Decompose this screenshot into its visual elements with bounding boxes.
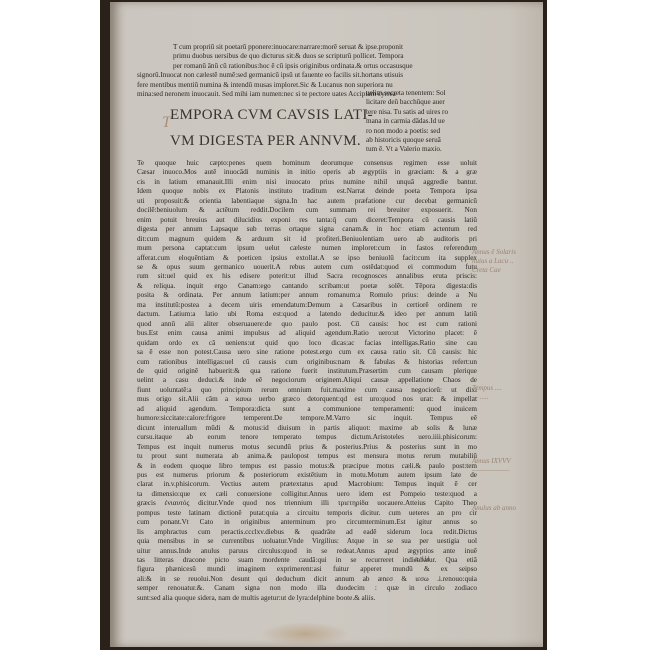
body-line: semper renouatur.&. Canam signa non modo…: [137, 584, 477, 593]
annotation-line: Anulus ab anno: [472, 504, 516, 513]
heading-line-1: EMPORA CVM CAVSIS LATI-: [170, 102, 370, 128]
body-line: clarat in.v.phisicorum. Vectius autem pr…: [137, 480, 477, 489]
body-line: uti proposuit:& orientia labentiaque sig…: [137, 197, 477, 206]
body-line: & in eodem quoque libro tempus est passi…: [137, 462, 477, 471]
margin-annotation: Anulus ab anno: [472, 504, 516, 513]
body-line: ma institutū:postea a decem uiris emenda…: [137, 301, 477, 310]
body-line: ta dimensio:que ex cæli conuersione coll…: [137, 490, 477, 499]
heading-line-2: VM DIGESTA PER ANNVM.: [170, 128, 370, 154]
annotation-line: — .....: [472, 393, 502, 402]
body-line: fiunt uoluntatē:a quo principium rerum o…: [137, 386, 477, 395]
body-line: humore:siccitate:calore:frigore temperen…: [137, 414, 477, 423]
body-line: Idem quoque nobis ex Platonis instituto …: [137, 187, 477, 196]
body-line: figura phænicesū mundi imaginem exprimer…: [137, 565, 477, 574]
body-line: cursu.itaque ab eorum tenore temperato t…: [137, 433, 477, 442]
chapter-heading: EMPORA CVM CAVSIS LATI- VM DIGESTA PER A…: [170, 102, 370, 154]
intro-line: signorū.Inuocat non cælestē numē:sed ger…: [137, 71, 475, 80]
body-line: afferat.cum eloquēntiam & poeticen ipsiu…: [137, 254, 477, 263]
margin-annotation: Annus IXVVV ——————: [472, 457, 511, 475]
signature-mark: a iii: [415, 555, 431, 563]
body-line: Te quoque huic cæpto:penes quem hominum …: [137, 159, 477, 168]
body-line: mum persona captat:cum ipsum uelut cæles…: [137, 244, 477, 253]
body-line: bus.Est enim causa animi impulsus ad ali…: [137, 329, 477, 338]
annotation-line: Creta Cae: [472, 266, 516, 275]
side-commentary-column: uelim secreta tenentem: Sol licitare deū…: [366, 89, 476, 155]
side-line: tere nisa. Tu satis ad uires ro: [366, 108, 476, 117]
annotation-line: ——————: [472, 466, 511, 475]
body-line: quia mensibus in se currentibus uoluatur…: [137, 537, 477, 546]
body-line: lis amphractus cum peractis.ccclxv.diebu…: [137, 528, 477, 537]
body-line: pompus teste latinam dictionē putat:quia…: [137, 509, 477, 518]
margin-annotation: Annus ē Solaris huius a Lucu .. Creta Ca…: [472, 248, 516, 275]
side-line: ab historicis quoque seruā: [366, 136, 476, 145]
body-line: enim potuit breuius aut dilucidius expon…: [137, 216, 477, 225]
body-line: cum rationibus intelligas:uel cū causis …: [137, 358, 477, 367]
body-line: cis in latium emanauit.Illi enim nisi in…: [137, 178, 477, 187]
body-line: ad aliquid agendum. Tempora:dicta sunt a…: [137, 405, 477, 414]
body-line: rum sit:uel quid ex his edisere poterit:…: [137, 272, 477, 281]
body-line: Cæsar inuoco.Mos autē inuocādi numinis i…: [137, 168, 477, 177]
body-line: cum ponant.Vt Cato in originibus antermi…: [137, 518, 477, 527]
body-line: sa ē esse non potest.Causa uero sine rat…: [137, 348, 477, 357]
side-line: licitare deū bacchūque auer: [366, 98, 476, 107]
margin-annotation: Tempus .... — .....: [472, 384, 502, 402]
body-line: tu prout sunt numerata ab anima.& paulop…: [137, 452, 477, 461]
body-line: græcis ἐνιαυτός dicitur.Vnde quod nos tr…: [137, 499, 477, 508]
intro-line: primu duobus uersibus de quo dicturus si…: [137, 52, 475, 61]
side-line: tum ē. Vt a Valerio maxio.: [366, 145, 476, 154]
body-line: quod annū alii aliter obseruauere:de quo…: [137, 320, 477, 329]
body-line: digesta per annum Lapsaque sub terras or…: [137, 225, 477, 234]
intro-line-text: T cum propriū sit poetarū pponere:inuoca…: [173, 43, 403, 51]
body-line: pus est numerus priorum & posteriorum ex…: [137, 471, 477, 480]
body-line: posita & ordinata. Per annum latium:per …: [137, 291, 477, 300]
body-line: mus origo sit.Alii cām a ϰαυω uerbo græc…: [137, 395, 477, 404]
body-line: dit:cum magnum quidem & arduum sit id pr…: [137, 235, 477, 244]
body-line: uelint a casu deduci.& inde eē negocioru…: [137, 376, 477, 385]
body-line: sunt:sed alia quoque sidera, nam de mult…: [137, 594, 477, 603]
commentary-body: Te quoque huic cæpto:penes quem hominum …: [137, 159, 477, 603]
body-line: dicunt interuallum mūdi & motus:id diuis…: [137, 424, 477, 433]
annotation-line: Annus ē Solaris: [472, 248, 516, 257]
side-line: ro non modo a poetis: sed: [366, 127, 476, 136]
body-line: quidam ordo ex cā ueniens:ut quid quo lo…: [137, 339, 477, 348]
book-page: T cum propriū sit poetarū pponere:inuoca…: [110, 2, 543, 647]
side-line: uelim secreta tenentem: Sol: [366, 89, 476, 98]
annotation-line: Annus IXVVV: [472, 457, 511, 466]
side-line: mana in carmia dādas.Id ue: [366, 117, 476, 126]
body-line: Tempus est inquit numerus motus secundū …: [137, 443, 477, 452]
intro-line: T cum propriū sit poetarū pponere:inuoca…: [137, 42, 475, 52]
body-line: & reliqua. inquit ergo Canam:ego cantand…: [137, 282, 477, 291]
intro-line: per romanū ānū cū rationibus:hoc ē cū ip…: [137, 62, 475, 71]
paper-stain: [260, 622, 350, 646]
annotation-line: huius a Lucu ..: [472, 257, 516, 266]
annotation-line: Tempus ....: [472, 384, 502, 393]
body-line: se & opus suum germanico uouerit.A rebus…: [137, 263, 477, 272]
body-line: dactum. Latium:a latio ubi Roma est:quod…: [137, 310, 477, 319]
body-line: docilē:beniuolum & actētum reddit.Docile…: [137, 206, 477, 215]
body-line: de quid originē habuerit:& qua ratione f…: [137, 367, 477, 376]
body-line: ali:& in se reuolui.Non desunt qui deduc…: [137, 575, 477, 584]
